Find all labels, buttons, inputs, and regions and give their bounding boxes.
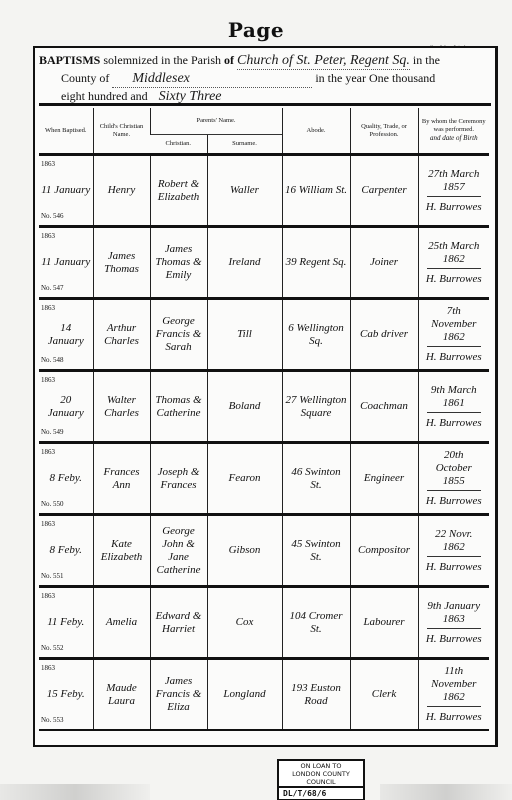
col-by-whom: By whom the Ceremony was performed. and … — [418, 108, 489, 155]
cell-when-baptised: 186311 JanuaryNo. 547 — [39, 227, 93, 299]
entry-number: No. 549 — [41, 426, 64, 439]
abode: 193 Euston Road — [282, 659, 350, 731]
baptism-register: BAPTISMS solemnized in the Parish of Chu… — [33, 46, 498, 747]
loan-stamp: ON LOAN TO LONDON COUNTY COUNCIL DL/T/68… — [277, 759, 365, 800]
minister-name: H. Burrowes — [421, 495, 488, 508]
parents-christian: George Francis & Sarah — [150, 299, 207, 371]
baptism-date: 8 Feby. — [50, 472, 82, 484]
page-edge-shadow — [380, 784, 512, 800]
parents-surname: Longland — [207, 659, 282, 731]
child-name: Henry — [93, 155, 150, 227]
minister-name: H. Burrowes — [421, 633, 488, 646]
col-parents-christian: Christian. — [150, 135, 207, 155]
entry-year: 1863 — [41, 158, 55, 171]
parents-surname: Till — [207, 299, 282, 371]
birth-date: 7th November 1862 — [427, 305, 482, 347]
col-by-whom-label: By whom the Ceremony was performed. — [422, 118, 486, 133]
abode: 46 Swinton St. — [282, 443, 350, 515]
table-row: 18638 Feby.No. 551Kate ElizabethGeorge J… — [39, 515, 489, 587]
baptism-date: 11 Feby. — [47, 616, 84, 628]
cell-when-baptised: 186314 JanuaryNo. 548 — [39, 299, 93, 371]
cell-by-whom: 9th January 1863H. Burrowes — [418, 587, 489, 659]
quality: Coachman — [350, 371, 418, 443]
parents-christian: James Francis & Eliza — [150, 659, 207, 731]
table-row: 18638 Feby.No. 550Frances AnnJoseph & Fr… — [39, 443, 489, 515]
birth-date: 11th November 1862 — [427, 665, 482, 707]
quality: Labourer — [350, 587, 418, 659]
table-row: 186311 JanuaryNo. 546HenryRobert & Eliza… — [39, 155, 489, 227]
baptism-date: 11 January — [41, 184, 90, 196]
baptism-date: 14 January — [48, 322, 84, 347]
parents-surname: Cox — [207, 587, 282, 659]
child-name: Amelia — [93, 587, 150, 659]
cell-by-whom: 7th November 1862H. Burrowes — [418, 299, 489, 371]
table-row: 186314 JanuaryNo. 548Arthur CharlesGeorg… — [39, 299, 489, 371]
parents-christian: Thomas & Catherine — [150, 371, 207, 443]
minister-name: H. Burrowes — [421, 273, 488, 286]
entry-number: No. 550 — [41, 498, 64, 511]
register-heading: BAPTISMS solemnized in the Parish of Chu… — [39, 52, 489, 106]
parents-christian: George John & Jane Catherine — [150, 515, 207, 587]
parents-surname: Fearon — [207, 443, 282, 515]
minister-name: H. Burrowes — [421, 351, 488, 364]
entry-year: 1863 — [41, 590, 55, 603]
entry-number: No. 547 — [41, 282, 64, 295]
cell-when-baptised: 186320 JanuaryNo. 549 — [39, 371, 93, 443]
table-row: 186311 Feby.No. 552AmeliaEdward & Harrie… — [39, 587, 489, 659]
page-edge-shadow — [0, 784, 150, 800]
col-quality: Quality, Trade, or Profession. — [350, 108, 418, 155]
quality: Compositor — [350, 515, 418, 587]
col-abode: Abode. — [282, 108, 350, 155]
heading-text: solemnized in the Parish — [103, 53, 221, 67]
birth-date: 25th March 1862 — [427, 240, 482, 269]
cell-when-baptised: 18638 Feby.No. 550 — [39, 443, 93, 515]
child-name: Frances Ann — [93, 443, 150, 515]
birth-date: 27th March 1857 — [427, 168, 482, 197]
baptism-date: 20 January — [48, 394, 84, 419]
quality: Clerk — [350, 659, 418, 731]
child-name: Kate Elizabeth — [93, 515, 150, 587]
year-label: in the year One thousand — [315, 71, 435, 85]
cell-by-whom: 27th March 1857H. Burrowes — [418, 155, 489, 227]
stamp-line-3: COUNCIL — [279, 778, 363, 786]
cell-when-baptised: 186315 Feby.No. 553 — [39, 659, 93, 731]
heading-rule — [39, 103, 491, 106]
cell-when-baptised: 186311 Feby.No. 552 — [39, 587, 93, 659]
child-name: Arthur Charles — [93, 299, 150, 371]
col-when-baptised: When Baptised. — [39, 108, 93, 155]
cell-by-whom: 25th March 1862H. Burrowes — [418, 227, 489, 299]
page-title: Page — [0, 18, 512, 42]
cell-when-baptised: 186311 JanuaryNo. 546 — [39, 155, 93, 227]
entry-number: No. 546 — [41, 210, 64, 223]
entry-number: No. 552 — [41, 642, 64, 655]
minister-name: H. Burrowes — [421, 201, 488, 214]
entry-year: 1863 — [41, 374, 55, 387]
parents-christian: Edward & Harriet — [150, 587, 207, 659]
parents-surname: Gibson — [207, 515, 282, 587]
parents-christian: Robert & Elizabeth — [150, 155, 207, 227]
parish-name: Church of St. Peter, Regent Sq. — [237, 53, 410, 70]
parents-surname: Waller — [207, 155, 282, 227]
table-row: 186320 JanuaryNo. 549Walter CharlesThoma… — [39, 371, 489, 443]
entry-year: 1863 — [41, 662, 55, 675]
heading-in-the: in the — [413, 53, 440, 67]
county-name: Middlesex — [112, 71, 312, 88]
heading-baptisms: BAPTISMS — [39, 53, 100, 67]
parents-christian: James Thomas & Emily — [150, 227, 207, 299]
stamp-line-1: ON LOAN TO — [279, 762, 363, 770]
birth-date: 20th October 1855 — [427, 449, 482, 491]
hundred-label: eight hundred and — [61, 89, 148, 103]
abode: 27 Wellington Square — [282, 371, 350, 443]
entry-number: No. 553 — [41, 714, 64, 727]
abode: 6 Wellington Sq. — [282, 299, 350, 371]
abode: 39 Regent Sq. — [282, 227, 350, 299]
col-parents-name: Parents' Name. — [150, 108, 282, 135]
col-child-name: Child's Christian Name. — [93, 108, 150, 155]
col-by-whom-annotation: and date of Birth — [430, 134, 478, 142]
county-label: County of — [61, 71, 109, 85]
abode: 16 William St. — [282, 155, 350, 227]
entry-year: 1863 — [41, 230, 55, 243]
quality: Joiner — [350, 227, 418, 299]
birth-date: 22 Novr. 1862 — [427, 528, 482, 557]
birth-date: 9th March 1861 — [427, 384, 482, 413]
cell-by-whom: 11th November 1862H. Burrowes — [418, 659, 489, 731]
child-name: Maude Laura — [93, 659, 150, 731]
cell-by-whom: 9th March 1861H. Burrowes — [418, 371, 489, 443]
quality: Cab driver — [350, 299, 418, 371]
minister-name: H. Burrowes — [421, 561, 488, 574]
parents-christian: Joseph & Frances — [150, 443, 207, 515]
child-name: James Thomas — [93, 227, 150, 299]
abode: 104 Cromer St. — [282, 587, 350, 659]
parents-surname: Boland — [207, 371, 282, 443]
child-name: Walter Charles — [93, 371, 150, 443]
baptism-date: 8 Feby. — [50, 544, 82, 556]
table-row: 186315 Feby.No. 553Maude LauraJames Fran… — [39, 659, 489, 731]
entry-number: No. 551 — [41, 570, 64, 583]
stamp-reference: DL/T/68/6 — [279, 786, 363, 799]
minister-name: H. Burrowes — [421, 417, 488, 430]
col-parents-surname: Surname. — [207, 135, 282, 155]
cell-by-whom: 20th October 1855H. Burrowes — [418, 443, 489, 515]
cell-when-baptised: 18638 Feby.No. 551 — [39, 515, 93, 587]
table-row: 186311 JanuaryNo. 547James ThomasJames T… — [39, 227, 489, 299]
minister-name: H. Burrowes — [421, 711, 488, 724]
abode: 45 Swinton St. — [282, 515, 350, 587]
entry-year: 1863 — [41, 302, 55, 315]
quality: Engineer — [350, 443, 418, 515]
baptism-date: 15 Feby. — [47, 688, 85, 700]
birth-date: 9th January 1863 — [427, 600, 482, 629]
heading-of: of — [224, 53, 234, 67]
cell-by-whom: 22 Novr. 1862H. Burrowes — [418, 515, 489, 587]
entry-number: No. 548 — [41, 354, 64, 367]
entry-year: 1863 — [41, 518, 55, 531]
stamp-line-2: LONDON COUNTY — [279, 770, 363, 778]
baptism-date: 11 January — [41, 256, 90, 268]
baptism-table: When Baptised. Child's Christian Name. P… — [39, 108, 489, 731]
parents-surname: Ireland — [207, 227, 282, 299]
entry-year: 1863 — [41, 446, 55, 459]
quality: Carpenter — [350, 155, 418, 227]
